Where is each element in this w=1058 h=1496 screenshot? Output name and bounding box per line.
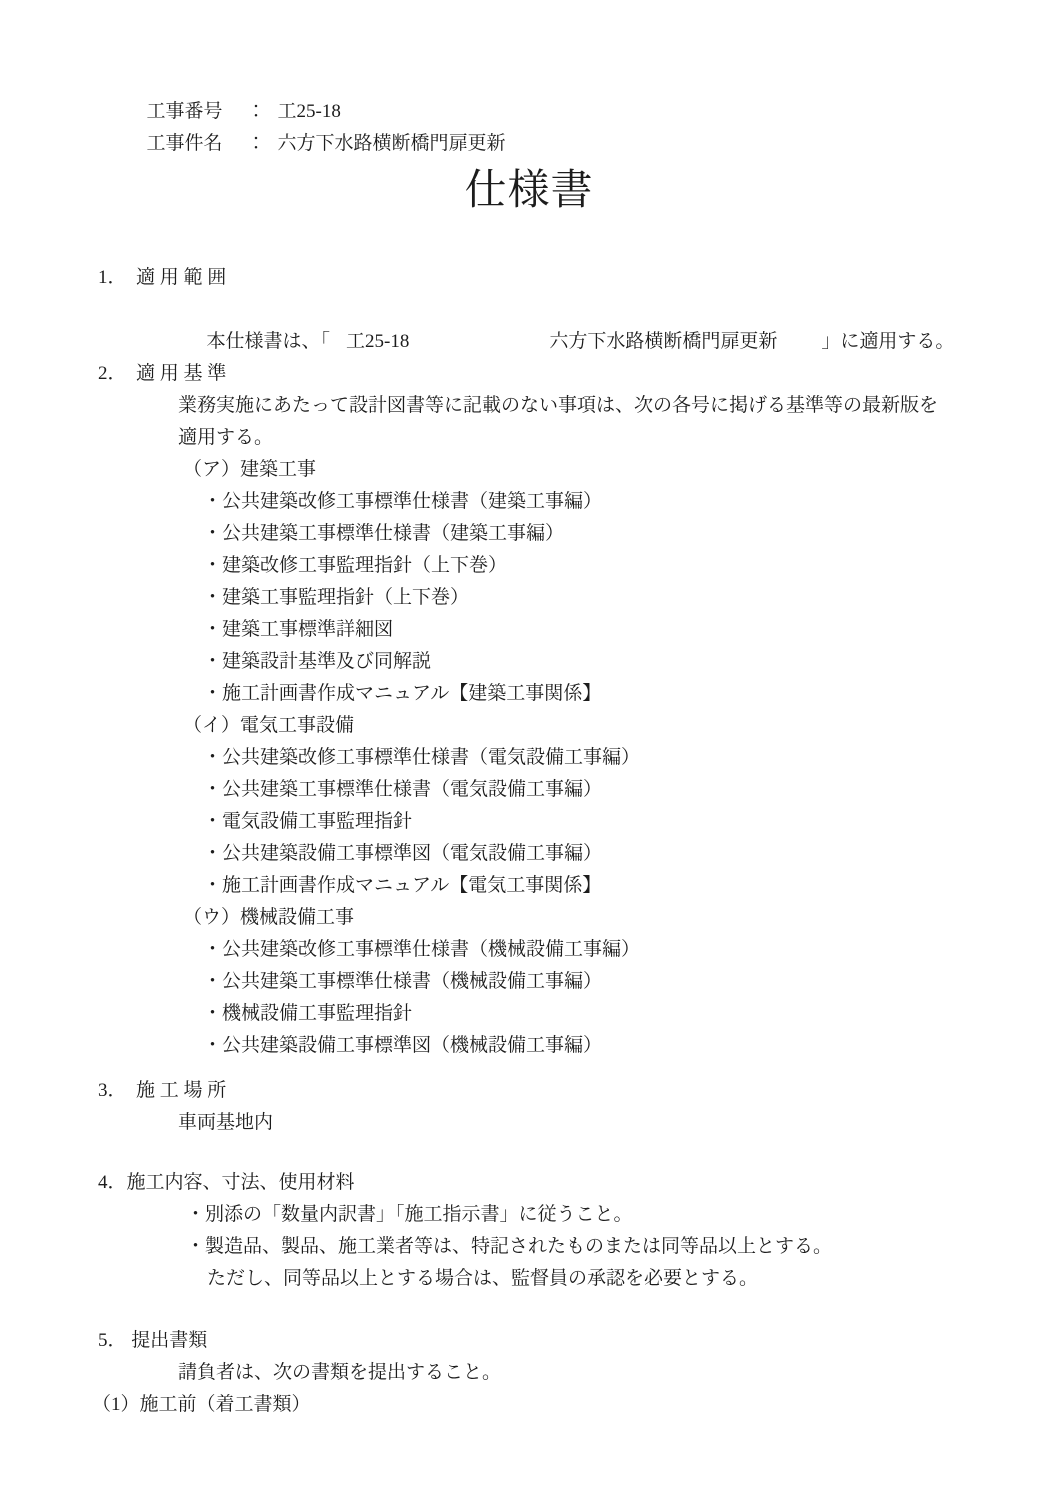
document-page: 工事番号：工25-18 工事件名：六方下水路横断橋門扉更新 仕様書 1． 適 用…: [0, 0, 1058, 1496]
contents-item-continuation: ただし、同等品以上とする場合は、監督員の承認を必要とする。: [0, 1263, 1058, 1295]
section-5-heading: 5． 提出書類: [0, 1325, 1058, 1357]
project-number-line: 工事番号：工25-18: [118, 64, 506, 96]
project-number-value: 工25-18: [278, 101, 341, 122]
contents-item: ・別添の「数量内訳書」「施工指示書」に従うこと。: [0, 1199, 1058, 1231]
scope-project-name: 六方下水路横断橋門扉更新: [549, 331, 777, 352]
standards-intro-line-1: 業務実施にあたって設計図書等に記載のない事項は、次の各号に掲げる基準等の最新版を: [0, 390, 1058, 422]
standard-item: ・機械設備工事監理指針: [0, 998, 1058, 1030]
group-c-label: （ウ）機械設備工事: [0, 902, 1058, 934]
standard-item: ・建築工事監理指針（上下巻）: [0, 582, 1058, 614]
section-contents: 4．施工内容、寸法、使用材料 ・別添の「数量内訳書」「施工指示書」に従うこと。 …: [0, 1167, 1058, 1295]
standard-item: ・公共建築設備工事標準図（機械設備工事編）: [0, 1030, 1058, 1062]
section-1-heading: 1． 適 用 範 囲: [0, 262, 1058, 294]
standard-item: ・施工計画書作成マニュアル【電気工事関係】: [0, 870, 1058, 902]
standard-item: ・建築設計基準及び同解説: [0, 646, 1058, 678]
standard-item: ・公共建築改修工事標準仕様書（機械設備工事編）: [0, 934, 1058, 966]
project-number-separator: ：: [247, 101, 266, 122]
standard-item: ・公共建築工事標準仕様書（電気設備工事編）: [0, 774, 1058, 806]
group-b-label: （イ）電気工事設備: [0, 710, 1058, 742]
project-name-label: 工事件名: [147, 133, 223, 154]
standard-item: ・公共建築工事標準仕様書（建築工事編）: [0, 518, 1058, 550]
project-name-value: 六方下水路横断橋門扉更新: [278, 133, 506, 154]
section-site: 3． 施 工 場 所 車両基地内: [0, 1075, 1058, 1139]
standard-item: ・公共建築工事標準仕様書（機械設備工事編）: [0, 966, 1058, 998]
group-a-label: （ア）建築工事: [0, 454, 1058, 486]
standard-item: ・公共建築改修工事標準仕様書（建築工事編）: [0, 486, 1058, 518]
pre-construction-subheading: （1）施工前（着工書類）: [0, 1389, 1058, 1421]
project-name-separator: ：: [247, 133, 266, 154]
section-standards: 2． 適 用 基 準 業務実施にあたって設計図書等に記載のない事項は、次の各号に…: [0, 358, 1058, 1062]
scope-project-number: 工25-18: [346, 331, 409, 352]
section-3-heading: 3． 施 工 場 所: [0, 1075, 1058, 1107]
standard-item: ・電気設備工事監理指針: [0, 806, 1058, 838]
section-documents: 5． 提出書類 請負者は、次の書類を提出すること。 （1）施工前（着工書類）: [0, 1325, 1058, 1421]
standard-item: ・建築改修工事監理指針（上下巻）: [0, 550, 1058, 582]
project-number-label: 工事番号: [147, 101, 223, 122]
section-4-heading: 4．施工内容、寸法、使用材料: [0, 1167, 1058, 1199]
standard-item: ・公共建築改修工事標準仕様書（電気設備工事編）: [0, 742, 1058, 774]
standard-item: ・施工計画書作成マニュアル【建築工事関係】: [0, 678, 1058, 710]
documents-body: 請負者は、次の書類を提出すること。: [0, 1357, 1058, 1389]
scope-suffix: 」に適用する。: [821, 331, 954, 352]
standard-item: ・公共建築設備工事標準図（電気設備工事編）: [0, 838, 1058, 870]
page-title: 仕様書: [0, 162, 1058, 220]
document-header: 工事番号：工25-18 工事件名：六方下水路横断橋門扉更新: [118, 64, 506, 128]
scope-prefix: 本仕様書は、「: [207, 331, 331, 352]
standard-item: ・建築工事標準詳細図: [0, 614, 1058, 646]
contents-item: ・製造品、製品、施工業者等は、特記されたものまたは同等品以上とする。: [0, 1231, 1058, 1263]
standards-intro-line-2: 適用する。: [0, 422, 1058, 454]
section-2-heading: 2． 適 用 基 準: [0, 358, 1058, 390]
site-body: 車両基地内: [0, 1107, 1058, 1139]
